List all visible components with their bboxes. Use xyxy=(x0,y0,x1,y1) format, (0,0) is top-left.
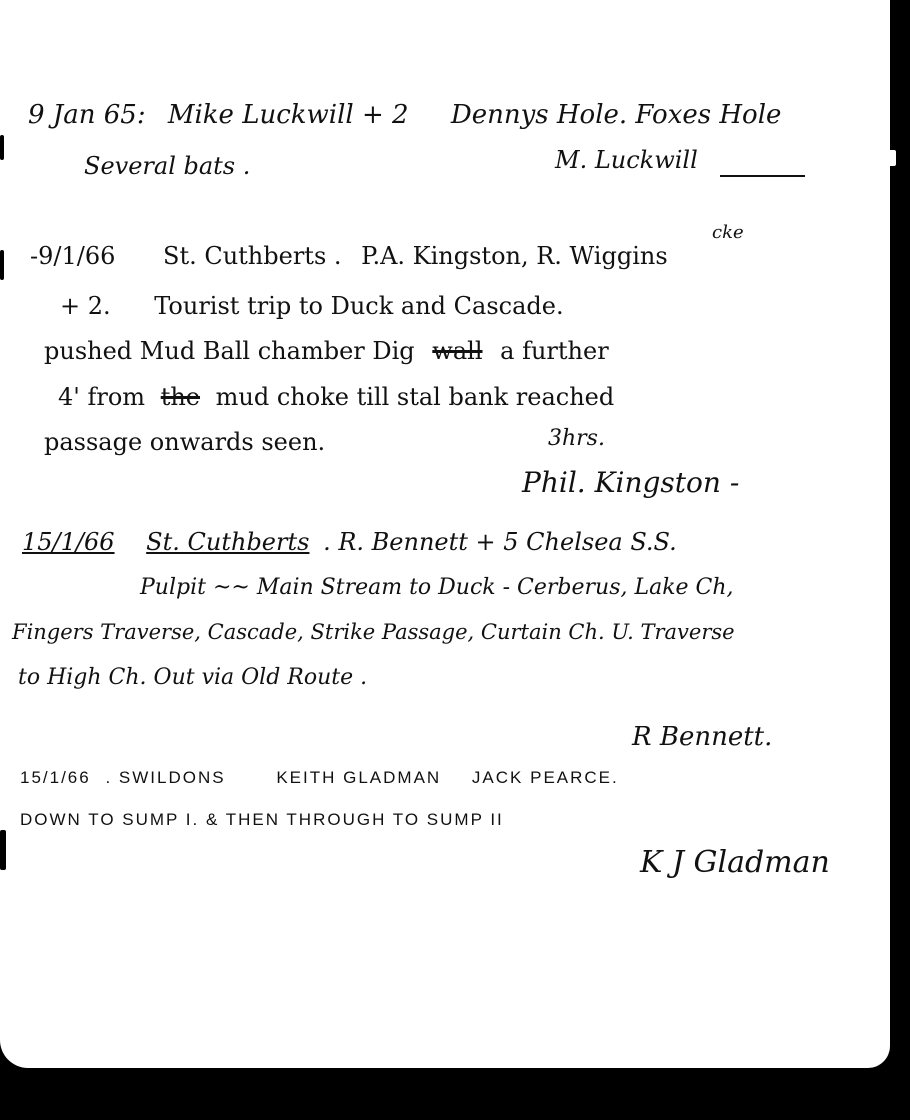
entry-3-text-3: to High Ch. Out via Old Route . xyxy=(18,665,367,690)
entry-4-line-1: 15/1/66 . SWILDONS KEITH GLADMAN JACK PE… xyxy=(20,768,619,788)
entry-2-correction: cke xyxy=(712,222,744,243)
entry-2-text-5: mud choke till stal bank reached xyxy=(216,383,615,411)
entry-4-party: KEITH GLADMAN xyxy=(276,768,441,787)
entry-4-cave: . SWILDONS xyxy=(105,768,225,787)
entry-2-cave: St. Cuthberts . xyxy=(163,242,342,270)
entry-3-signature: R Bennett. xyxy=(632,722,772,752)
entry-2-signature: Phil. Kingston - xyxy=(522,466,739,499)
entry-3-party: . R. Bennett + 5 Chelsea S.S. xyxy=(323,528,677,556)
entry-1-date: 9 Jan 65: xyxy=(28,100,146,130)
entry-4-text-1: DOWN TO SUMP I. & THEN THROUGH TO SUMP I… xyxy=(20,810,504,830)
entry-4-party-2: JACK PEARCE. xyxy=(472,768,619,787)
entry-1-notes: Several bats . xyxy=(84,152,250,180)
entry-3-text-2: Fingers Traverse, Cascade, Strike Passag… xyxy=(12,620,735,644)
entry-2-text-4: 4' from xyxy=(58,383,145,411)
logbook-page: 9 Jan 65: Mike Luckwill + 2 Dennys Hole.… xyxy=(0,0,890,1068)
entry-4-signature: K J Gladman xyxy=(640,845,830,880)
entry-3-line-1: 15/1/66 St. Cuthberts . R. Bennett + 5 C… xyxy=(22,528,677,556)
entry-3-text-1: Pulpit ~~ Main Stream to Duck - Cerberus… xyxy=(140,575,734,600)
entry-2-text-6: passage onwards seen. xyxy=(44,428,325,456)
binding-mark xyxy=(0,250,4,280)
struck-word: wall xyxy=(432,337,482,365)
entry-1-signature: M. Luckwill xyxy=(555,146,698,174)
entry-2-line-3: pushed Mud Ball chamber Dig wall a furth… xyxy=(44,337,609,365)
page-edge-tab xyxy=(888,150,896,166)
entry-2-party: P.A. Kingston, R. Wiggins xyxy=(361,242,667,270)
entry-1-cave: Dennys Hole. Foxes Hole xyxy=(451,100,782,130)
entry-2-duration: 3hrs. xyxy=(548,426,605,451)
binding-mark xyxy=(0,830,6,870)
entry-2-text-3: a further xyxy=(500,337,609,365)
entry-2-party-extra: + 2. xyxy=(60,292,111,320)
entry-4-date: 15/1/66 xyxy=(20,768,91,787)
entry-3-cave: St. Cuthberts xyxy=(146,528,309,556)
entry-2-line-4: 4' from the mud choke till stal bank rea… xyxy=(58,383,614,411)
entry-1-line-1: 9 Jan 65: Mike Luckwill + 2 Dennys Hole.… xyxy=(28,100,781,130)
entry-3-date: 15/1/66 xyxy=(22,528,115,556)
struck-word: the xyxy=(161,383,200,411)
entry-2-text-1: Tourist trip to Duck and Cascade. xyxy=(154,292,563,320)
entry-2-text-2: pushed Mud Ball chamber Dig xyxy=(44,337,415,365)
entry-2-date: 9/1/66 xyxy=(38,242,115,270)
entry-2-line-1: -9/1/66 St. Cuthberts . P.A. Kingston, R… xyxy=(30,242,668,270)
entry-2-line-2: + 2. Tourist trip to Duck and Cascade. xyxy=(60,292,564,320)
binding-mark xyxy=(0,135,4,160)
entry-1-party: Mike Luckwill + 2 xyxy=(168,100,409,130)
signature-underline xyxy=(720,175,805,177)
